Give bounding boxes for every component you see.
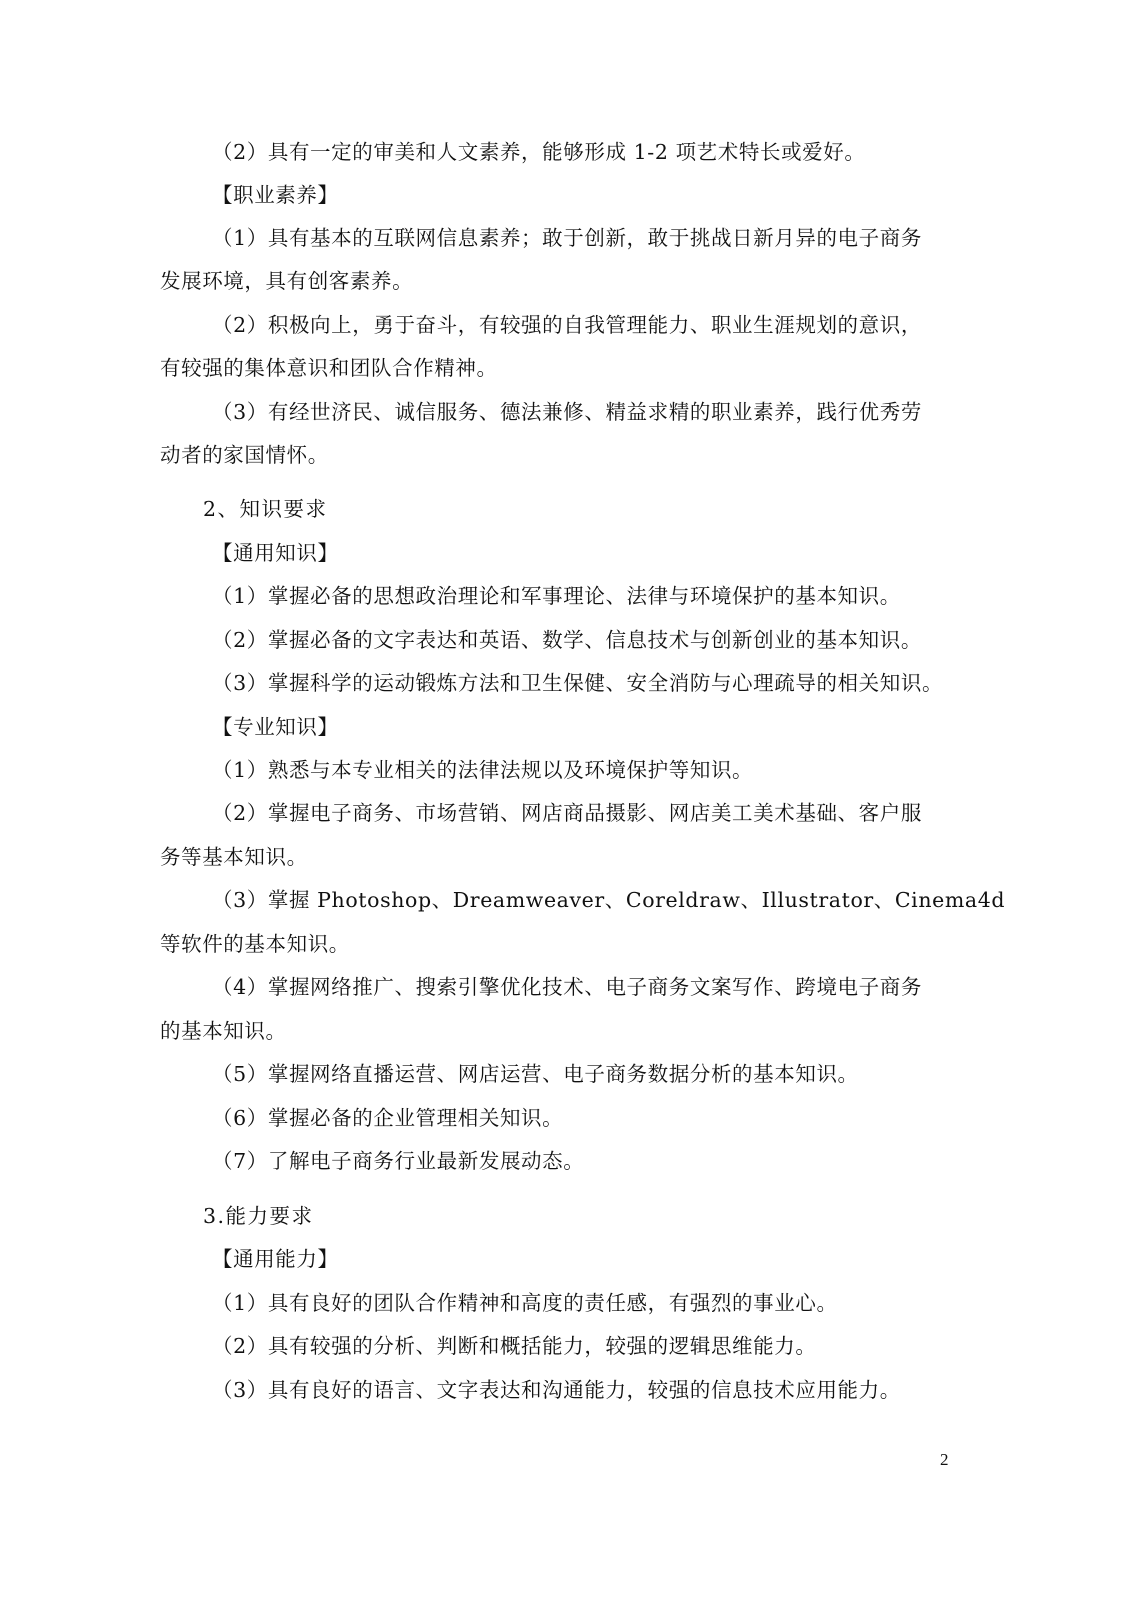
paragraph-line: （5）掌握网络直播运营、网店运营、电子商务数据分析的基本知识。 [212, 1060, 859, 1088]
subsection-heading: 【通用能力】 [212, 1245, 339, 1273]
paragraph-line: 等软件的基本知识。 [160, 930, 350, 958]
paragraph-line: 务等基本知识。 [160, 843, 308, 871]
section-heading: 3.能力要求 [203, 1202, 314, 1230]
paragraph-line: （2）具有较强的分析、判断和概括能力，较强的逻辑思维能力。 [212, 1332, 816, 1360]
paragraph-line: （4）掌握网络推广、搜索引擎优化技术、电子商务文案写作、跨境电子商务 [212, 973, 922, 1001]
paragraph-line: （7）了解电子商务行业最新发展动态。 [212, 1147, 584, 1175]
paragraph-line: 有较强的集体意识和团队合作精神。 [160, 354, 498, 382]
paragraph-line: （2）掌握电子商务、市场营销、网店商品摄影、网店美工美术基础、客户服 [212, 799, 922, 827]
paragraph-line: （1）熟悉与本专业相关的法律法规以及环境保护等知识。 [212, 756, 753, 784]
page-number: 2 [940, 1450, 949, 1470]
paragraph-line: （3）掌握科学的运动锻炼方法和卫生保健、安全消防与心理疏导的相关知识。 [212, 669, 943, 697]
paragraph-line: （2）积极向上，勇于奋斗，有较强的自我管理能力、职业生涯规划的意识， [212, 311, 922, 339]
paragraph-line: （3）有经世济民、诚信服务、德法兼修、精益求精的职业素养，践行优秀劳 [212, 398, 922, 426]
section-heading: 2、知识要求 [203, 495, 328, 523]
paragraph-line: （3）具有良好的语言、文字表达和沟通能力，较强的信息技术应用能力。 [212, 1376, 901, 1404]
paragraph-line: （1）具有良好的团队合作精神和高度的责任感，有强烈的事业心。 [212, 1289, 838, 1317]
paragraph-line: 动者的家国情怀。 [160, 441, 329, 469]
paragraph-line: 发展环境，具有创客素养。 [160, 267, 413, 295]
document-page: （2）具有一定的审美和人文素养，能够形成 1-2 项艺术特长或爱好。 【职业素养… [0, 0, 1131, 1600]
paragraph-line: （1）掌握必备的思想政治理论和军事理论、法律与环境保护的基本知识。 [212, 582, 901, 610]
paragraph-line: （6）掌握必备的企业管理相关知识。 [212, 1104, 563, 1132]
paragraph-line: （3）掌握 Photoshop、Dreamweaver、Coreldraw、Il… [212, 886, 1005, 914]
paragraph-line: （2）掌握必备的文字表达和英语、数学、信息技术与创新创业的基本知识。 [212, 626, 922, 654]
subsection-heading: 【职业素养】 [212, 181, 339, 209]
paragraph-line: 的基本知识。 [160, 1017, 287, 1045]
paragraph-line: （2）具有一定的审美和人文素养，能够形成 1-2 项艺术特长或爱好。 [212, 138, 866, 166]
subsection-heading: 【通用知识】 [212, 539, 339, 567]
subsection-heading: 【专业知识】 [212, 713, 339, 741]
paragraph-line: （1）具有基本的互联网信息素养；敢于创新，敢于挑战日新月异的电子商务 [212, 224, 922, 252]
